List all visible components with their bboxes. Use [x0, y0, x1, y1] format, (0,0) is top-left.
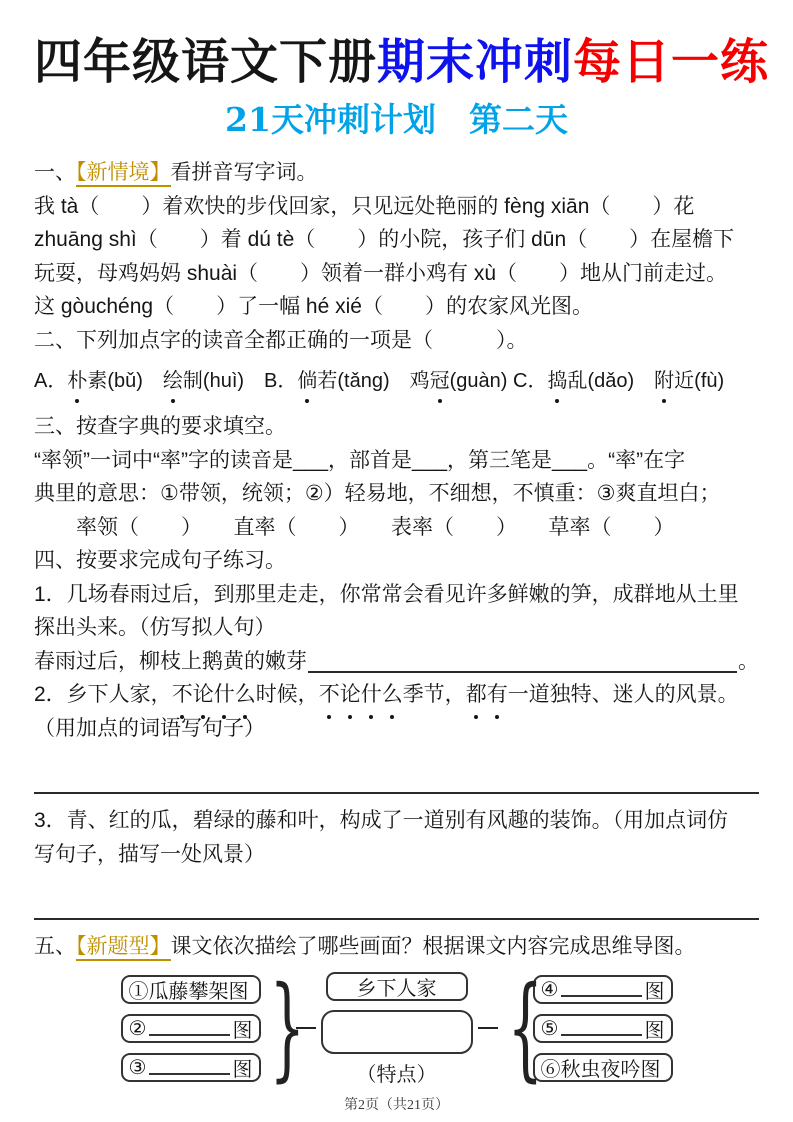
map-box-4-number: ④: [541, 977, 559, 1001]
dotted-character: 倘: [297, 366, 317, 396]
map-box-2-suffix: 图: [233, 1014, 253, 1043]
map-box-3: ③图: [121, 1053, 261, 1082]
blank-space: [34, 745, 759, 768]
text-segment: 近(fù): [674, 370, 724, 392]
section3-heading: 三、按查字典的要求填空。: [34, 410, 759, 444]
text-segment: 制(huì) B．: [183, 370, 297, 392]
title-part-grade: 四年级语文下册: [34, 36, 377, 89]
right-curly-brace-icon: [269, 974, 286, 1082]
mind-map-left-column: ①瓜藤攀架图 ②图 ③图: [121, 975, 261, 1082]
section1-text-line4: 这 gòuchéng（ ）了一幅 hé xié（ ）的农家风光图。: [34, 290, 759, 324]
dotted-character: 论: [193, 678, 214, 712]
text-segment: 时候，: [256, 683, 319, 706]
section4-item3-line2: 写句子，描写一处风景）: [34, 838, 759, 872]
text-segment: 一道独特、迷人的风景。: [508, 683, 739, 706]
dotted-character: 不: [172, 678, 193, 712]
dotted-character: 什: [214, 678, 235, 712]
section1-number: 一、: [34, 161, 76, 184]
dotted-character: 冠: [430, 366, 450, 396]
section4-heading: 四、按要求完成句子练习。: [34, 544, 759, 578]
section3-text-line2: 典里的意思：①带领，统领；②）轻易地，不细想，不慎重：③爽直坦白；: [34, 477, 759, 511]
text-segment: 素(bǔ): [87, 370, 163, 392]
map-box-6-label: ⑥秋虫夜吟图: [541, 1053, 661, 1082]
mind-map-center-column: 乡下人家 （特点）: [321, 972, 473, 1085]
map-box-1: ①瓜藤攀架图: [121, 975, 261, 1004]
map-box-5: ⑤图: [533, 1014, 673, 1043]
section3-text-line1: “率领”一词中“率”字的读音是___，部首是___，第三笔是___。“率”在字: [34, 444, 759, 478]
section1-text-line3: 玩耍，母鸡妈妈 shuài（ ）领着一群小鸡有 xù（ ）地从门前走过。: [34, 257, 759, 291]
dotted-character: 么: [235, 678, 256, 712]
text-segment: 2．乡下人家，: [34, 683, 172, 706]
section1-title: 看拼音写字词。: [171, 161, 318, 184]
dotted-character: 不: [319, 678, 340, 712]
dotted-character: 都: [466, 678, 487, 712]
map-box-2-blank: [149, 1034, 229, 1036]
map-center-title-box: 乡下人家: [326, 972, 468, 1001]
dotted-character: 捣: [547, 366, 567, 396]
section4-item2-note: （用加点的词语写句子）: [34, 712, 759, 746]
dotted-character: 论: [340, 678, 361, 712]
map-box-3-blank: [149, 1073, 229, 1075]
section4-item1-line1: 1．几场春雨过后，到那里走走，你常常会看见许多鲜嫩的笋，成群地从土里: [34, 578, 759, 612]
map-box-6: ⑥秋虫夜吟图: [533, 1053, 673, 1082]
dotted-character: 有: [487, 678, 508, 712]
title-part-daily-practice: 每日一练: [573, 36, 769, 89]
text-segment: A．: [34, 370, 67, 392]
section5-heading: 五、【新题型】课文依次描绘了哪些画面？根据课文内容完成思维导图。: [34, 930, 759, 964]
dotted-character: 附: [654, 366, 674, 396]
connector-dash: [478, 1027, 498, 1029]
section1-tag-new-context: 【新情境】: [76, 161, 171, 187]
text-segment: (guàn) C．: [450, 370, 548, 392]
section1-text-line2: zhuāng shì（ ）着 dú tè（ ）的小院，孩子们 dūn（ ）在屋檐…: [34, 223, 759, 257]
section2-options: A．朴素(bǔ) 绘制(huì) B．倘若(tǎng) 鸡冠(guàn) C．捣…: [34, 366, 759, 396]
title-part-final-sprint: 期末冲刺: [377, 36, 573, 89]
item1-answer-suffix: 。: [738, 645, 759, 679]
text-segment: 若(tǎng) 鸡: [317, 370, 429, 392]
mind-map-right-column: ④图 ⑤图 ⑥秋虫夜吟图: [533, 975, 673, 1082]
map-center-caption: （特点）: [357, 1063, 437, 1085]
dotted-character: 什: [361, 678, 382, 712]
section4-item1-answer-line: 春雨过后，柳枝上鹅黄的嫩芽。: [34, 645, 759, 679]
dotted-character: 么: [382, 678, 403, 712]
map-center-empty-box: [321, 1010, 473, 1054]
section4-item2-line: 2．乡下人家，不论什么时候，不论什么季节，都有一道独特、迷人的风景。: [34, 678, 759, 712]
page-title: 四年级语文下册期末冲刺每日一练: [34, 34, 759, 92]
section1-text-line1: 我 tà（ ）着欢快的步伐回家，只见远处艳丽的 fèng xiān（ ）花: [34, 190, 759, 224]
text-segment: 季节，: [403, 683, 466, 706]
map-box-1-label: ①瓜藤攀架图: [129, 975, 249, 1004]
section4-item1-line2: 探出头来。（仿写拟人句）: [34, 611, 759, 645]
map-box-4-suffix: 图: [645, 975, 665, 1004]
section5-tag-new-question-type: 【新题型】: [76, 935, 171, 961]
section5-number: 五、: [34, 935, 76, 958]
dotted-character: 绘: [163, 366, 183, 396]
map-box-5-suffix: 图: [645, 1014, 665, 1043]
dotted-character: 朴: [67, 366, 87, 396]
mind-map: ①瓜藤攀架图 ②图 ③图 乡下人家 （特点） ④图 ⑤图 ⑥秋虫夜吟图: [34, 972, 759, 1085]
map-box-2-number: ②: [129, 1016, 147, 1040]
page-number-footer: 第2页（共21页）: [0, 1094, 793, 1114]
map-box-3-suffix: 图: [233, 1053, 253, 1082]
left-curly-brace-icon: [507, 974, 524, 1082]
section5-title: 课文依次描绘了哪些画面？根据课文内容完成思维导图。: [171, 935, 696, 958]
item1-answer-blank: [308, 671, 737, 673]
map-box-4: ④图: [533, 975, 673, 1004]
page-subtitle: 21天冲刺计划 第二天: [34, 100, 759, 140]
map-box-4-blank: [561, 995, 641, 997]
section1-heading: 一、【新情境】看拼音写字词。: [34, 156, 759, 190]
worksheet-page: 四年级语文下册期末冲刺每日一练 21天冲刺计划 第二天 一、【新情境】看拼音写字…: [0, 0, 793, 1085]
section4-item3-answer-rule: [34, 894, 759, 920]
item1-answer-prefix: 春雨过后，柳枝上鹅黄的嫩芽: [34, 645, 307, 679]
blank-space: [34, 871, 759, 894]
map-box-5-blank: [561, 1034, 641, 1036]
section2-heading: 二、下列加点字的读音全都正确的一项是（ ）。: [34, 324, 759, 358]
text-segment: 乱(dǎo): [567, 370, 654, 392]
map-box-3-number: ③: [129, 1055, 147, 1079]
section4-item2-answer-rule: [34, 768, 759, 794]
map-box-5-number: ⑤: [541, 1016, 559, 1040]
map-box-2: ②图: [121, 1014, 261, 1043]
section3-text-line3: 率领（ ） 直率（ ） 表率（ ） 草率（ ）: [34, 511, 759, 545]
section4-item3-line1: 3．青、红的瓜，碧绿的藤和叶，构成了一道别有风趣的装饰。（用加点词仿: [34, 804, 759, 838]
